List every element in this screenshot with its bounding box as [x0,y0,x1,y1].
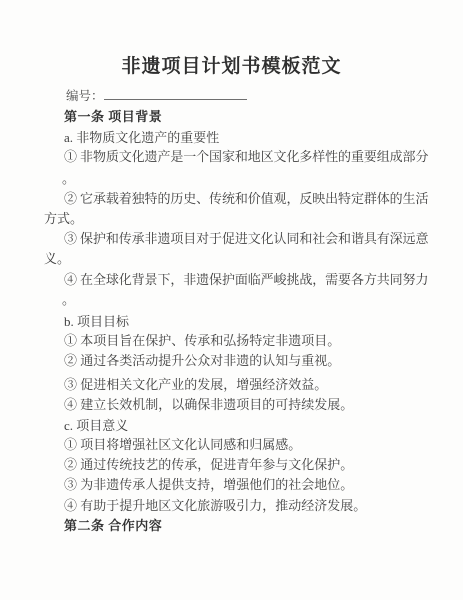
sub-section-label: a. 非物质文化遗产的重要性 [64,129,219,146]
continuation-line: 方式。 [44,210,83,227]
document-title: 非遗项目计划书模板范文 [0,51,463,78]
continuation-line: 义。 [44,250,70,267]
continuation-line: 。 [62,170,75,187]
list-item: ② 通过传统技艺的传承，促进青年参与文化保护。 [64,456,353,473]
list-item: ① 非物质文化遗产是一个国家和地区文化多样性的重要组成部分 [64,148,428,165]
list-item: ② 通过各类活动提升公众对非遗的认知与重视。 [64,352,340,369]
article-heading: 第二条 合作内容 [64,517,162,534]
article-heading: 第一条 项目背景 [64,108,162,125]
continuation-line: 。 [62,291,75,308]
document-page: 非遗项目计划书模板范文 编号： 第一条 项目背景 a. 非物质文化遗产的重要性 … [0,0,463,600]
list-item: ① 项目将增强社区文化认同感和归属感。 [64,436,301,453]
serial-number-blank [104,88,247,100]
list-item: ④ 在全球化背景下，非遗保护面临严峻挑战，需要各方共同努力 [64,271,428,288]
list-item: ③ 保护和传承非遗项目对于促进文化认同和社会和谐具有深远意 [64,230,428,247]
sub-section-label: c. 项目意义 [64,417,128,434]
list-item: ② 它承载着独特的历史、传统和价值观，反映出特定群体的生活 [64,190,428,207]
list-item: ① 本项目旨在保护、传承和弘扬特定非遗项目。 [64,332,340,349]
list-item: ③ 促进相关文化产业的发展，增强经济效益。 [64,376,327,393]
list-item: ④ 建立长效机制，以确保非遗项目的可持续发展。 [64,396,353,413]
serial-number-label: 编号： [66,89,104,103]
sub-section-label: b. 项目目标 [64,313,129,330]
list-item: ③ 为非遗传承人提供支持，增强他们的社会地位。 [64,476,353,493]
serial-number-row: 编号： [66,86,247,104]
list-item: ④ 有助于提升地区文化旅游吸引力，推动经济发展。 [64,497,366,514]
